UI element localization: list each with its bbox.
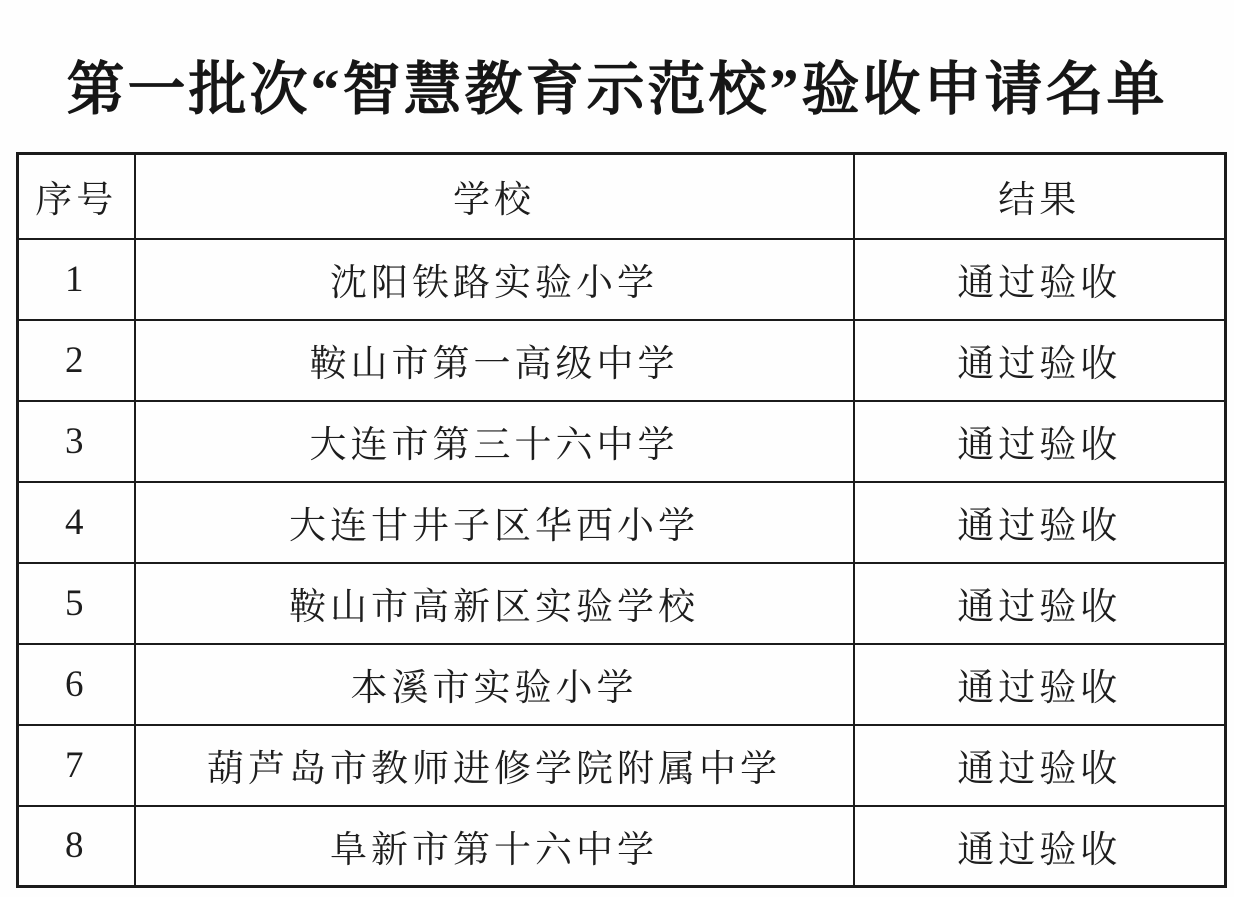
acceptance-list-table: 序号 学校 结果 1 沈阳铁路实验小学 通过验收 2 鞍山市第一高级中学 通过验… [16, 152, 1227, 888]
result-cell: 通过验收 [854, 644, 1226, 725]
table-header-row: 序号 学校 结果 [18, 154, 1226, 239]
school-name-cell: 沈阳铁路实验小学 [135, 239, 854, 320]
table-row: 1 沈阳铁路实验小学 通过验收 [18, 239, 1226, 320]
school-name-cell: 大连市第三十六中学 [135, 401, 854, 482]
serial-number-cell: 1 [18, 239, 135, 320]
serial-number-cell: 7 [18, 725, 135, 806]
school-name-cell: 大连甘井子区华西小学 [135, 482, 854, 563]
scanned-document-page: 第一批次“智慧教育示范校”验收申请名单 序号 学校 结果 1 沈阳铁路实验小学 … [0, 0, 1234, 897]
table-row: 3 大连市第三十六中学 通过验收 [18, 401, 1226, 482]
school-name-cell: 鞍山市第一高级中学 [135, 320, 854, 401]
result-cell: 通过验收 [854, 239, 1226, 320]
school-name-cell: 阜新市第十六中学 [135, 806, 854, 887]
column-header-result: 结果 [854, 154, 1226, 239]
result-cell: 通过验收 [854, 320, 1226, 401]
serial-number-cell: 2 [18, 320, 135, 401]
school-name-cell: 葫芦岛市教师进修学院附属中学 [135, 725, 854, 806]
table-row: 5 鞍山市高新区实验学校 通过验收 [18, 563, 1226, 644]
serial-number-cell: 3 [18, 401, 135, 482]
serial-number-cell: 6 [18, 644, 135, 725]
column-header-serial-number: 序号 [18, 154, 135, 239]
serial-number-cell: 8 [18, 806, 135, 887]
result-cell: 通过验收 [854, 401, 1226, 482]
table-row: 7 葫芦岛市教师进修学院附属中学 通过验收 [18, 725, 1226, 806]
school-name-cell: 本溪市实验小学 [135, 644, 854, 725]
result-cell: 通过验收 [854, 482, 1226, 563]
school-name-cell: 鞍山市高新区实验学校 [135, 563, 854, 644]
table-row: 2 鞍山市第一高级中学 通过验收 [18, 320, 1226, 401]
table-row: 4 大连甘井子区华西小学 通过验收 [18, 482, 1226, 563]
table-row: 8 阜新市第十六中学 通过验收 [18, 806, 1226, 887]
column-header-school: 学校 [135, 154, 854, 239]
result-cell: 通过验收 [854, 563, 1226, 644]
result-cell: 通过验收 [854, 806, 1226, 887]
result-cell: 通过验收 [854, 725, 1226, 806]
serial-number-cell: 4 [18, 482, 135, 563]
serial-number-cell: 5 [18, 563, 135, 644]
page-title: 第一批次“智慧教育示范校”验收申请名单 [0, 42, 1234, 126]
table-row: 6 本溪市实验小学 通过验收 [18, 644, 1226, 725]
